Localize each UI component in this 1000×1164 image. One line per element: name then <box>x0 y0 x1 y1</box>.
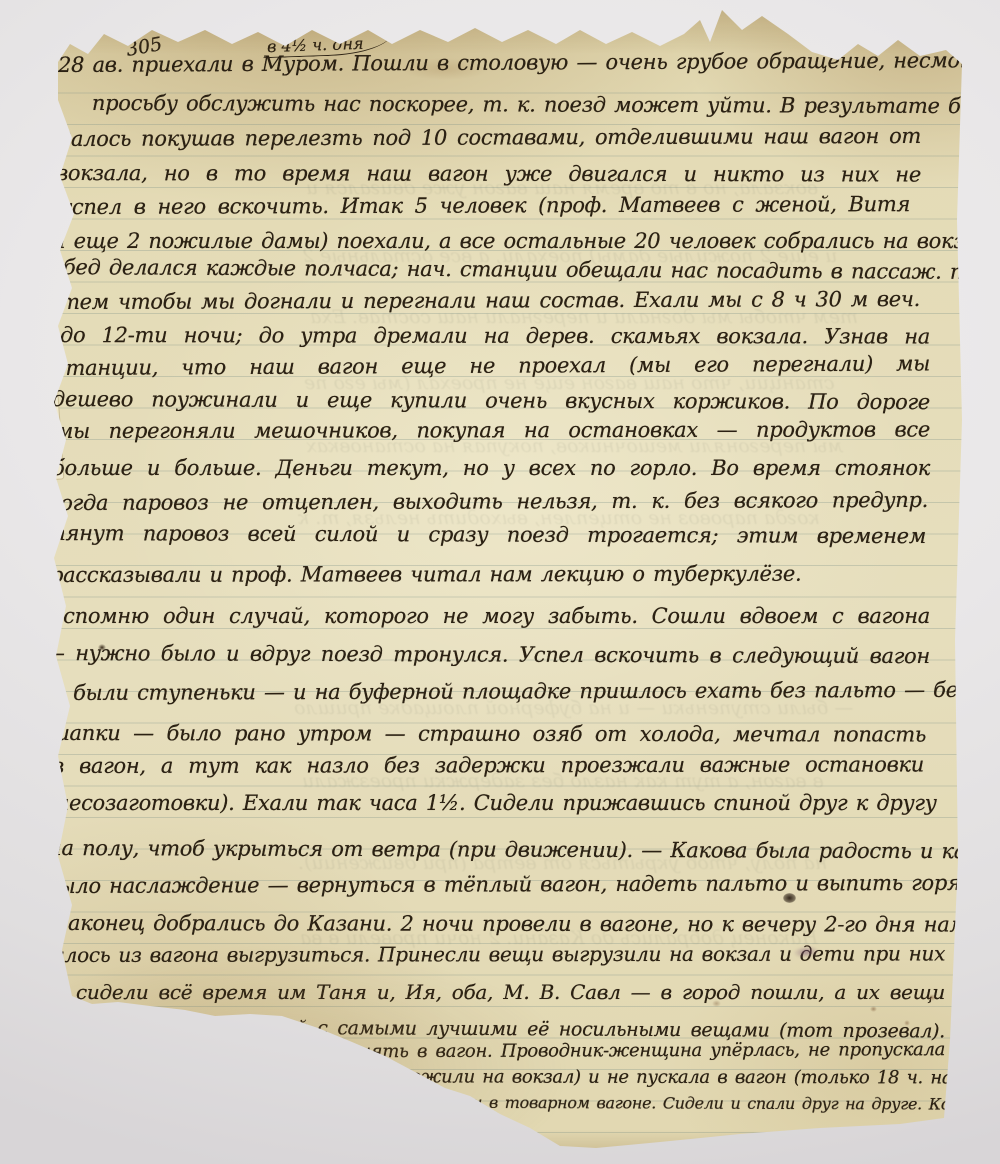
manuscript-page: вокзала, но в то время наш вагон уже дви… <box>0 0 1000 1164</box>
paper-edge-shading <box>0 0 1000 1164</box>
torn-edge-patch <box>37 249 62 315</box>
photo-background: вокзала, но в то время наш вагон уже дви… <box>0 0 1000 1164</box>
